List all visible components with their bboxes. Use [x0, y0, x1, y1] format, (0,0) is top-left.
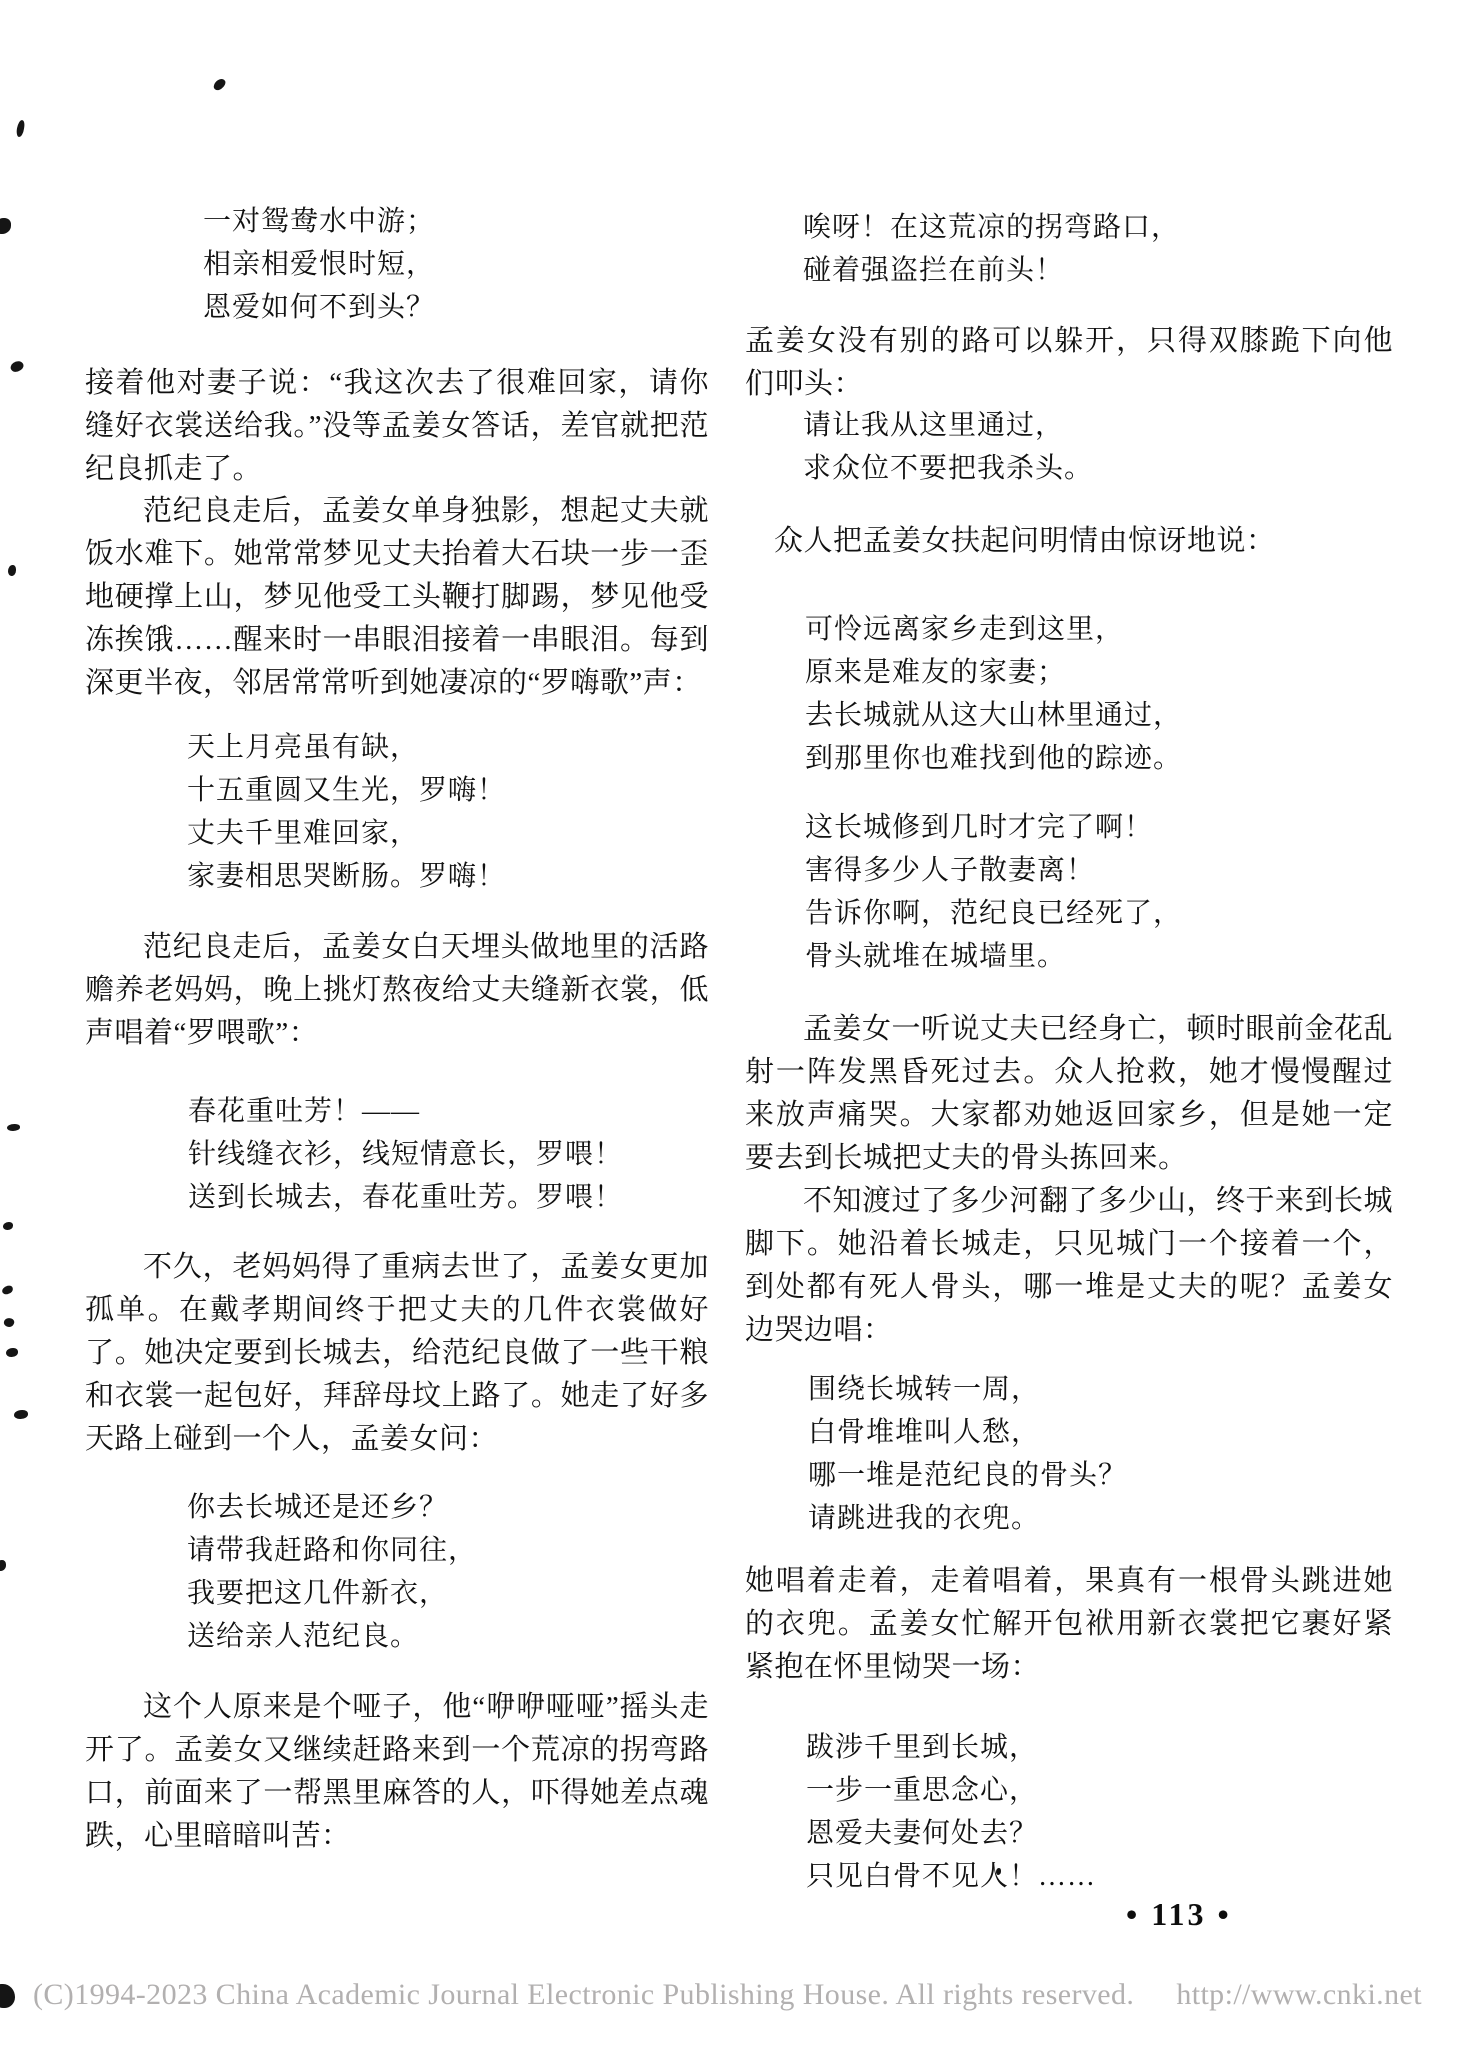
cnki-copyright-watermark: (C)1994-2023 China Academic Journal Elec…	[33, 1978, 1453, 2012]
scan-speckle	[14, 1410, 28, 1419]
left-verse-4: 你去长城还是还乡？ 请带我赶路和你同往， 我要把这几件新衣， 送给亲人范纪良。	[187, 1486, 477, 1658]
verse-line: 恩爱如何不到头？	[203, 286, 435, 329]
verse-line: 送到长城去，春花重吐芳。罗喂！	[188, 1176, 623, 1219]
scan-speckle	[8, 565, 16, 576]
right-paragraph-5: 她唱着走着，走着唱着，果真有一根骨头跳进她的衣兜。孟姜女忙解开包袱用新衣裳把它裹…	[745, 1560, 1393, 1689]
verse-line: 丈夫千里难回家，	[187, 812, 506, 855]
verse-line: 碰着强盗拦在前头！	[803, 249, 1180, 292]
right-verse-6: 跋涉千里到长城， 一步一重思念心， 恩爱夫妻何处去？ 只见白骨不见人！……	[806, 1726, 1096, 1898]
left-paragraph-1: 接着他对妻子说：“我这次去了很难回家，请你缝好衣裳送给我。”没等孟姜女答话，差官…	[85, 362, 709, 491]
verse-line: 跋涉千里到长城，	[806, 1726, 1096, 1769]
scan-speckle	[1, 1285, 14, 1296]
right-paragraph-1: 孟姜女没有别的路可以躲开，只得双膝跪下向他们叩头：	[745, 320, 1393, 406]
verse-line: 哪一堆是范纪良的骨头？	[808, 1454, 1127, 1497]
verse-line: 相亲相爱恨时短，	[203, 243, 435, 286]
left-verse-1: 一对鸳鸯水中游； 相亲相爱恨时短， 恩爱如何不到头？	[203, 200, 435, 329]
verse-line: 只见白骨不见人！……	[806, 1855, 1096, 1898]
scan-speckle	[16, 120, 25, 138]
verse-line: 告诉你啊，范纪良已经死了，	[805, 892, 1182, 935]
verse-line: 请让我从这里通过，	[803, 404, 1093, 447]
verse-line: 去长城就从这大山林里通过，	[805, 694, 1182, 737]
verse-line: 送给亲人范纪良。	[187, 1615, 477, 1658]
right-verse-2: 请让我从这里通过， 求众位不要把我杀头。	[803, 404, 1093, 490]
left-verse-2: 天上月亮虽有缺， 十五重圆又生光，罗嗨！ 丈夫千里难回家， 家妻相思哭断肠。罗嗨…	[187, 726, 506, 898]
right-paragraph-3: 孟姜女一听说丈夫已经身亡，顿时眼前金花乱射一阵发黑昏死过去。众人抢救，她才慢慢醒…	[745, 1008, 1393, 1180]
left-paragraph-2: 范纪良走后，孟姜女单身独影，想起丈夫就饭水难下。她常常梦见丈夫抬着大石块一步一歪…	[85, 490, 709, 705]
scan-speckle	[0, 1560, 6, 1571]
scanned-document-page: 一对鸳鸯水中游； 相亲相爱恨时短， 恩爱如何不到头？ 接着他对妻子说：“我这次去…	[0, 0, 1476, 2061]
verse-line: 到那里你也难找到他的踪迹。	[805, 737, 1182, 780]
scan-speckle	[3, 1222, 13, 1230]
verse-line: 唉呀！在这荒凉的拐弯路口，	[803, 206, 1180, 249]
scan-speckle	[212, 77, 227, 93]
verse-line: 一步一重思念心，	[806, 1769, 1096, 1812]
verse-line: 白骨堆堆叫人愁，	[808, 1411, 1127, 1454]
verse-line: 十五重圆又生光，罗嗨！	[187, 769, 506, 812]
page-number: • 113 •	[1126, 1896, 1232, 1933]
right-paragraph-4: 不知渡过了多少河翻了多少山，终于来到长城脚下。她沿着长城走，只见城门一个接着一个…	[745, 1180, 1393, 1352]
left-paragraph-4: 不久，老妈妈得了重病去世了，孟姜女更加孤单。在戴孝期间终于把丈夫的几件衣裳做好了…	[85, 1246, 709, 1461]
verse-line: 骨头就堆在城墙里。	[805, 935, 1182, 978]
right-verse-3: 可怜远离家乡走到这里， 原来是难友的家妻； 去长城就从这大山林里通过， 到那里你…	[805, 608, 1182, 780]
verse-line: 天上月亮虽有缺，	[187, 726, 506, 769]
verse-line: 围绕长城转一周，	[808, 1368, 1127, 1411]
scan-speckle	[0, 1984, 15, 2008]
verse-line: 请跳进我的衣兜。	[808, 1497, 1127, 1540]
right-verse-4: 这长城修到几时才完了啊！ 害得多少人子散妻离！ 告诉你啊，范纪良已经死了， 骨头…	[805, 806, 1182, 978]
verse-line: 家妻相思哭断肠。罗嗨！	[187, 855, 506, 898]
scan-speckle	[7, 1124, 20, 1131]
right-verse-5: 围绕长城转一周， 白骨堆堆叫人愁， 哪一堆是范纪良的骨头？ 请跳进我的衣兜。	[808, 1368, 1127, 1540]
verse-line: 春花重吐芳！——	[188, 1090, 623, 1133]
verse-line: 害得多少人子散妻离！	[805, 849, 1182, 892]
verse-line: 我要把这几件新衣，	[187, 1572, 477, 1615]
verse-line: 恩爱夫妻何处去？	[806, 1812, 1096, 1855]
verse-line: 原来是难友的家妻；	[805, 651, 1182, 694]
verse-line: 一对鸳鸯水中游；	[203, 200, 435, 243]
verse-line: 这长城修到几时才完了啊！	[805, 806, 1182, 849]
left-verse-3: 春花重吐芳！—— 针线缝衣衫，线短情意长，罗喂！ 送到长城去，春花重吐芳。罗喂！	[188, 1090, 623, 1219]
verse-line: 求众位不要把我杀头。	[803, 447, 1093, 490]
left-paragraph-5: 这个人原来是个哑子，他“咿咿哑哑”摇头走开了。孟姜女又继续赶路来到一个荒凉的拐弯…	[85, 1686, 709, 1858]
verse-line: 你去长城还是还乡？	[187, 1486, 477, 1529]
scan-speckle	[6, 1348, 18, 1357]
scan-speckle	[0, 218, 11, 234]
scan-speckle	[3, 1317, 15, 1329]
scan-speckle	[9, 359, 25, 375]
verse-line: 针线缝衣衫，线短情意长，罗喂！	[188, 1133, 623, 1176]
verse-line: 可怜远离家乡走到这里，	[805, 608, 1182, 651]
cnki-url: http://www.cnki.net	[1176, 1978, 1422, 2011]
left-paragraph-3: 范纪良走后，孟姜女白天埋头做地里的活路赡养老妈妈，晚上挑灯熬夜给丈夫缝新衣裳，低…	[85, 926, 709, 1055]
verse-line: 请带我赶路和你同往，	[187, 1529, 477, 1572]
right-paragraph-2: 众人把孟姜女扶起问明情由惊讶地说：	[745, 520, 1393, 563]
copyright-text: (C)1994-2023 China Academic Journal Elec…	[33, 1978, 1134, 2011]
right-verse-1: 唉呀！在这荒凉的拐弯路口， 碰着强盗拦在前头！	[803, 206, 1180, 292]
